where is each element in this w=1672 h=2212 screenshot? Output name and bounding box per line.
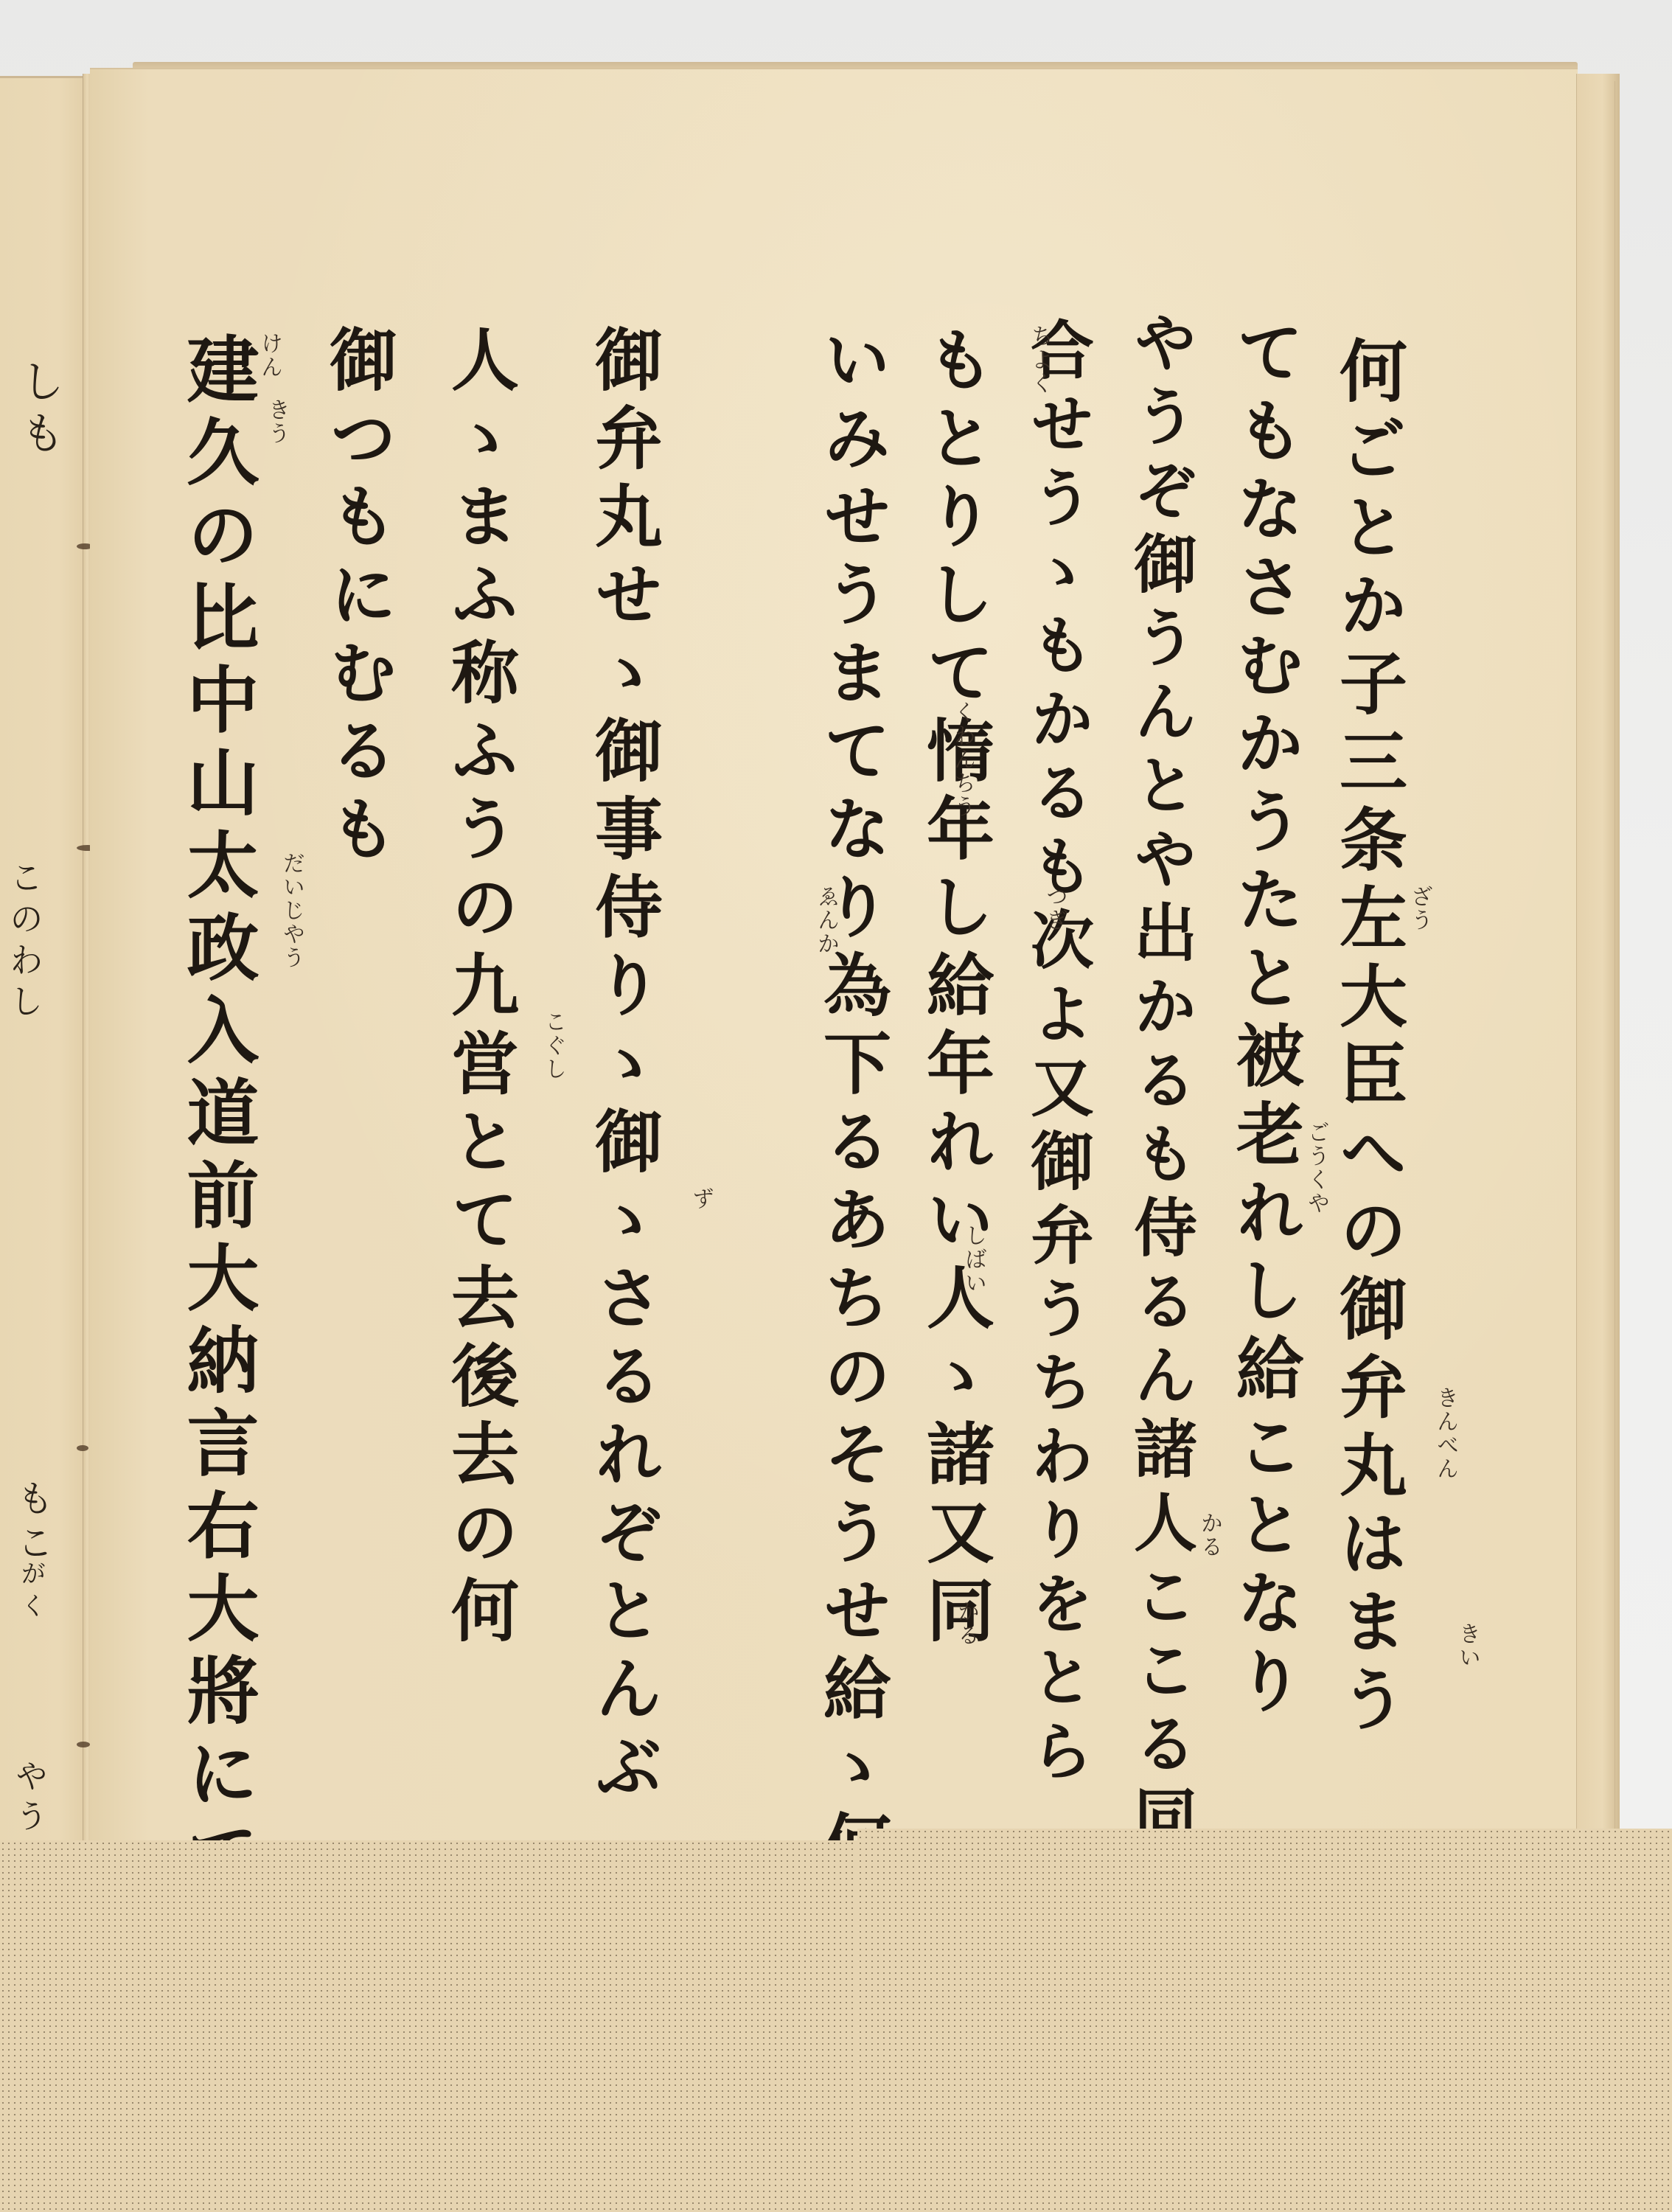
furigana-gloss: ざう <box>1408 885 1430 932</box>
furigana-gloss: きい <box>1456 1622 1478 1669</box>
text-column-1: 何ごとか子三条左大臣への御弁丸はまう <box>1334 335 1402 1742</box>
text-column-6: いみせうまてなり為下るあちのそうせ給ゝ何 <box>818 324 886 1888</box>
left-page-fragment: しも <box>7 358 71 462</box>
text-column-2: てもなさむかうたと被老れし給ことなり <box>1231 317 1299 1724</box>
left-page-fragment: このわし <box>0 860 49 1025</box>
furigana-gloss: きう <box>265 398 288 445</box>
furigana-gloss: つぎ <box>1043 885 1065 932</box>
text-column-4: 合せうゝもかるも次よ又御弁うちわりをとら <box>1025 317 1088 1792</box>
text-column-8: 人ゝまふ称ふうの九営とて去後去の何 <box>446 324 514 1653</box>
furigana-gloss: かる <box>955 1600 977 1647</box>
furigana-gloss: ごうくや <box>1305 1121 1327 1215</box>
furigana-gloss: ず <box>689 1187 711 1211</box>
furigana-gloss: ちよく <box>1028 324 1051 395</box>
furigana-gloss: しばい <box>962 1224 984 1295</box>
text-column-10: 建久の比中山太政入道前大納言右大將にて <box>181 332 253 1901</box>
binding-hole <box>77 1445 88 1451</box>
page-stack-edge <box>1576 74 1620 1836</box>
furigana-gloss: だいじやう <box>280 852 302 970</box>
left-page-fragment: やう <box>4 1759 52 1839</box>
bottom-overlay-right <box>857 1829 1672 2212</box>
text-column-5: もとりして惰年し給年れい人ゝ諸又同 <box>922 324 989 1653</box>
left-page-fragment: がく <box>13 1560 49 1625</box>
furigana-gloss: けん <box>258 332 280 379</box>
furigana-gloss: かる <box>1198 1512 1220 1559</box>
furigana-gloss: きんべん <box>1434 1386 1456 1481</box>
text-column-7: 御弁丸せゝ御事侍りゝ御ゝさるれぞとんぶ <box>590 324 658 1809</box>
bottom-overlay-left <box>0 1840 857 2212</box>
left-page-fragment: もこ <box>6 1479 59 1568</box>
furigana-gloss: こぐし <box>542 1010 564 1081</box>
left-page: しも このわし もこ がく やう <box>0 76 85 1848</box>
text-column-9: 御つもにむるも <box>324 324 392 872</box>
text-column-3: やうぞ御うんとや出かるも侍るん諸人ここる同じ <box>1128 310 1191 1932</box>
binding-hole <box>77 1742 90 1747</box>
furigana-gloss: ゑんか <box>815 885 837 956</box>
furigana-gloss: くわんちう <box>951 700 973 818</box>
